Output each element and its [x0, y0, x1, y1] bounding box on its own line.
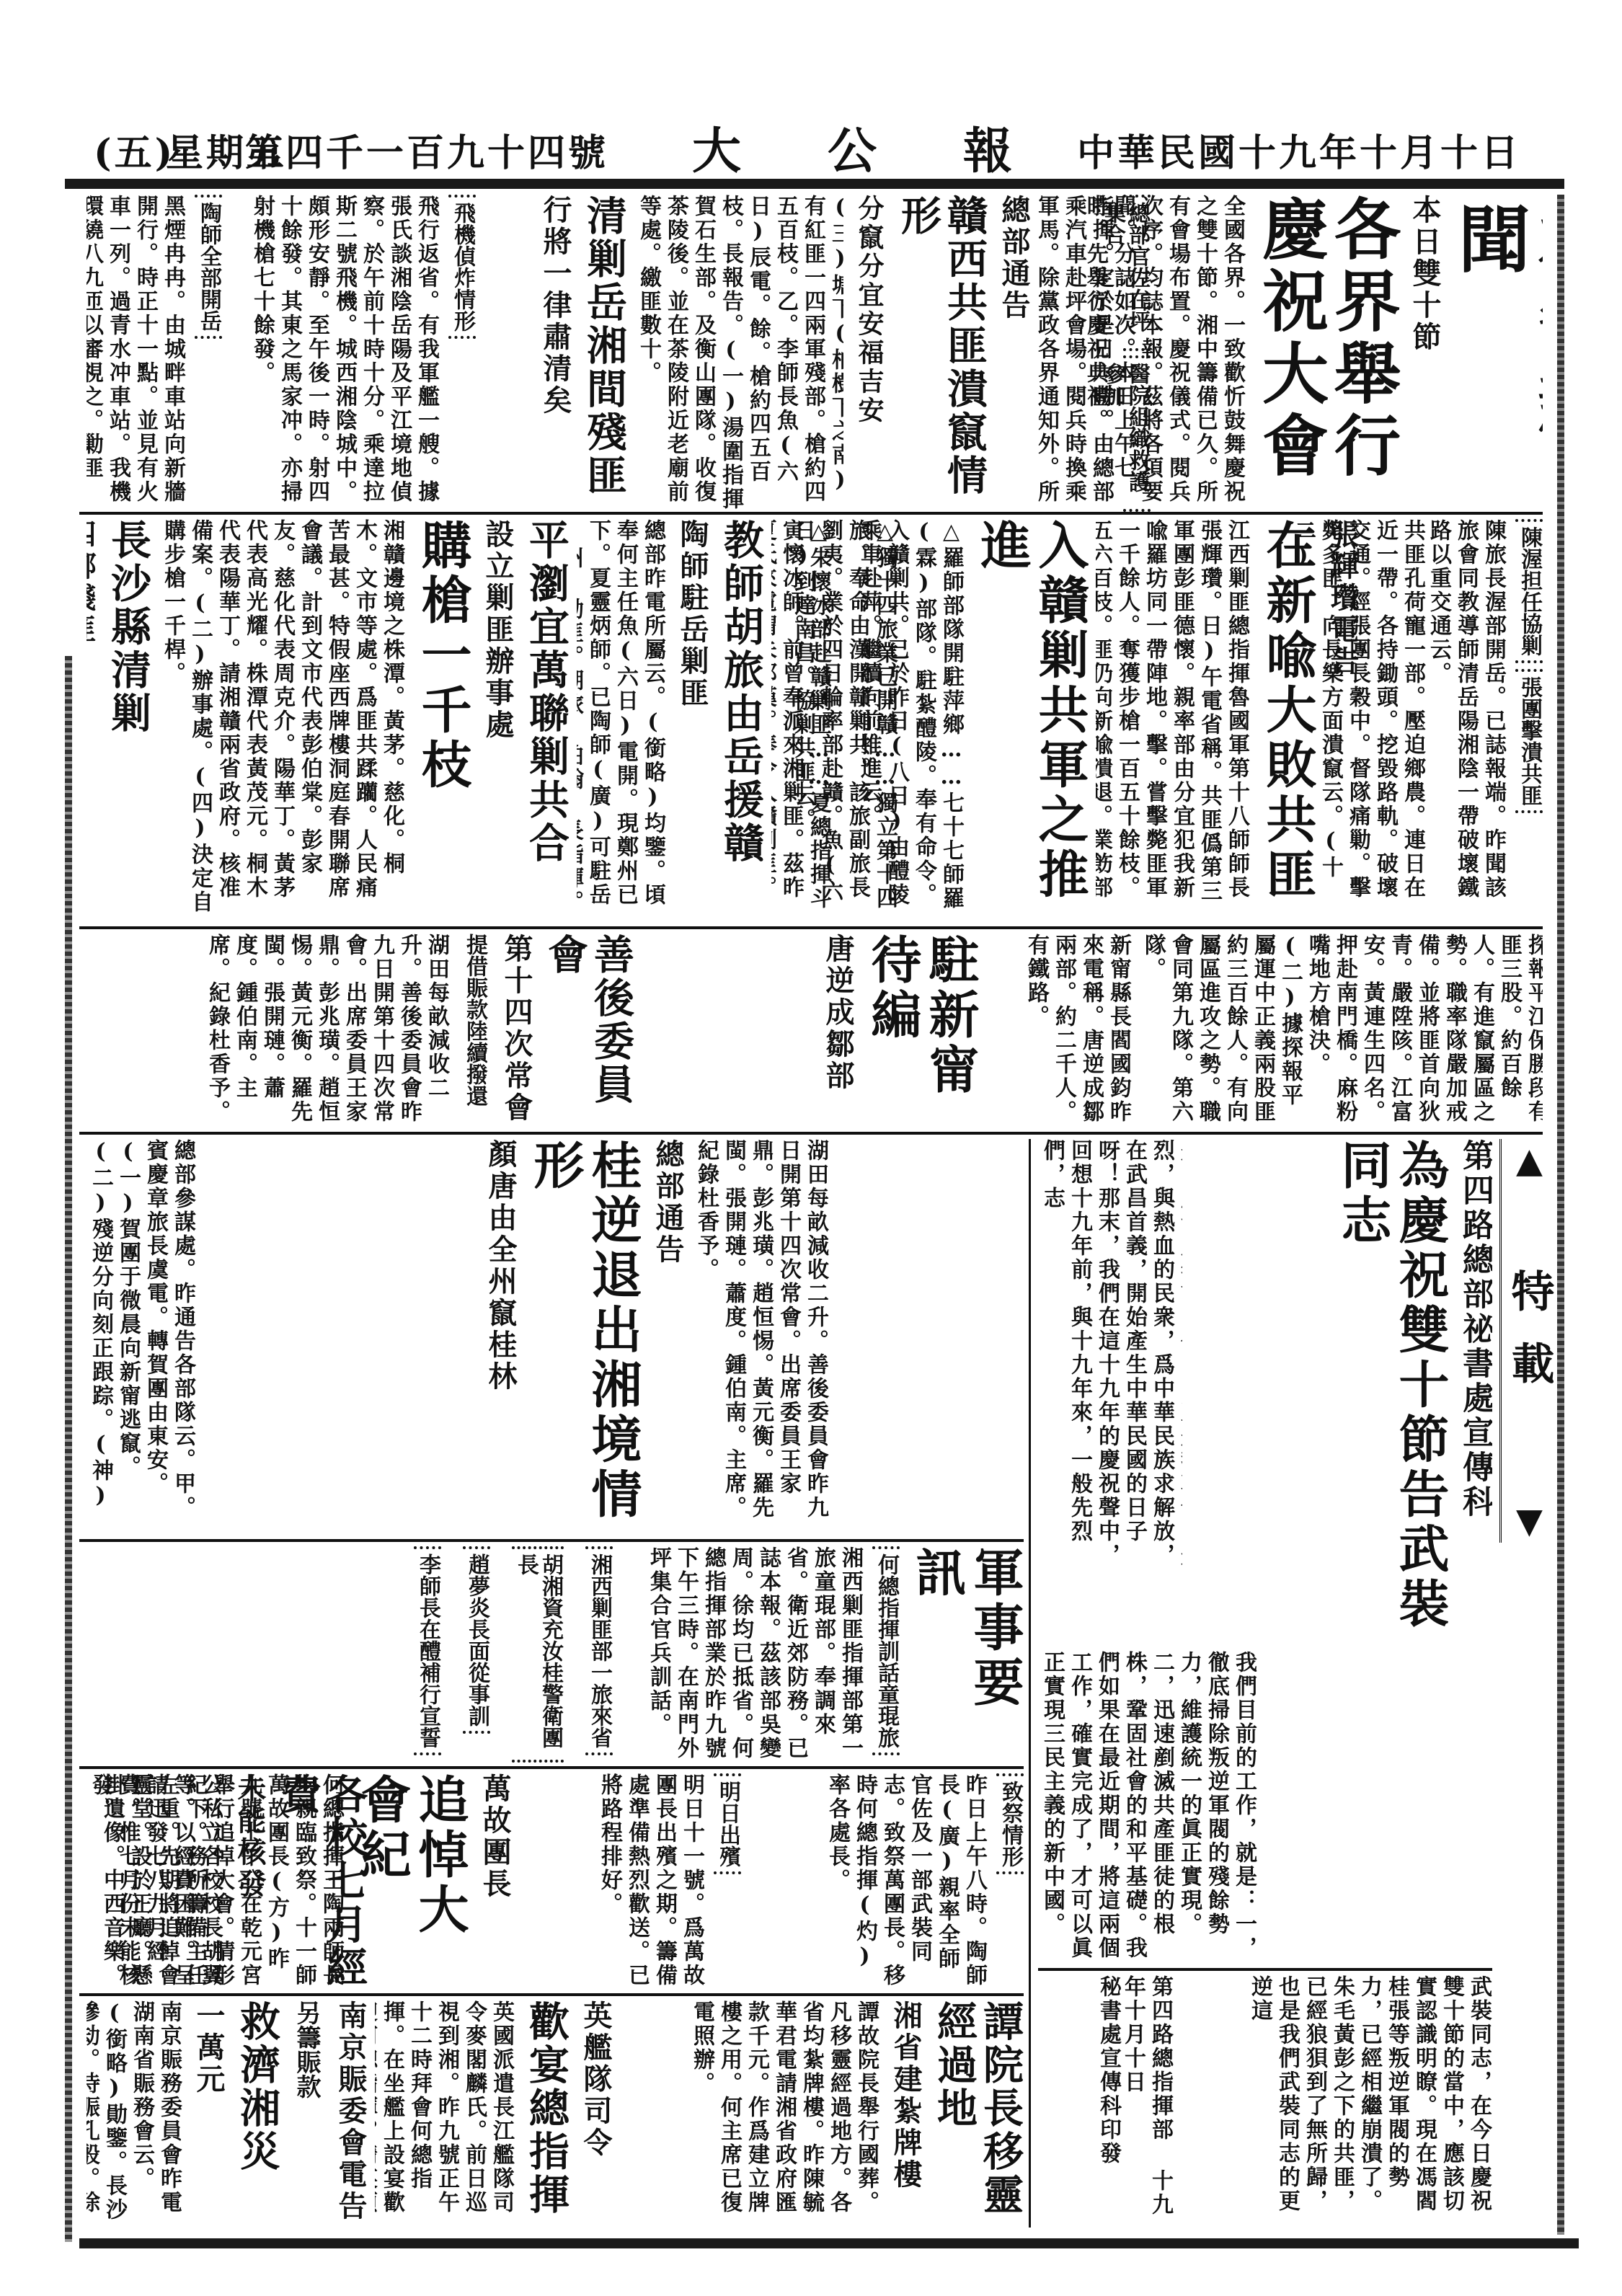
subhead: 湘省建紮牌樓 [888, 2000, 923, 2231]
article-body: 湖田每畝減收二升。善後委員會昨九日開第十四次常會。出席委員王家鼎。彭兆璜。趙恒惕… [692, 1139, 829, 1535]
article-feature: 第四路總部祕書處宣傳科 為慶祝雙十節告武裝同志 [1189, 1139, 1492, 1644]
subhead: 分竄分宜安福吉安 [852, 195, 887, 512]
article-military-boxes: 湘西剿匪部一旅來省 胡湘資充汝桂警衛團長 趙夢炎長面從事訓 李師長在醴補行宣誓 [87, 1546, 613, 1763]
article-ganxi-body: 總部參謀處。昨發出通報云。甲。李師長轉萍鄉士人云。紅匪大部。田橋偵探報告。(一)… [634, 195, 843, 512]
article-guangxi: 總部通告 桂逆退出湘境情形 顏唐由全州竄桂林 [469, 1139, 685, 1535]
masthead-issue: 第四千一百九十四號 [245, 123, 608, 177]
headline: 清剿岳湘間殘匪 [581, 195, 627, 512]
article-liuyang: 平瀏宜萬聯剿共合 設立剿匪辦事處 購槍一千枝 湘贛邊境之株潭。黃茅。慈化。桐木。… [87, 519, 570, 923]
article-body: 總部昨電所屬云。(銜略)均鑒。頃奉何主任魚(六日)電開。現鄭州已下。夏靈炳師。已… [601, 519, 666, 923]
article-body: 湘西剿匪指揮部第一旅童琨部。奉調來省。衛近郊防務。已誌本報。茲該部吳變周。徐均已… [662, 1546, 864, 1763]
triangle-up-icon: ▲ [1516, 1139, 1543, 1182]
headline: 平瀏宜萬聯剿共合 [523, 519, 570, 923]
triangle-down-icon: ▼ [1516, 1499, 1543, 1543]
headline: 長沙縣清剿 [105, 519, 151, 923]
subhead: 四鄉殘匪 [87, 519, 97, 923]
column-divider [1029, 1139, 1031, 2228]
headline: 善後委員會 [542, 934, 634, 1128]
subhead-box: 飛機偵炸情形 [448, 195, 476, 339]
article-zhang: 陳渥担任協剿 張團擊潰共匪 陳旅長渥部開岳。已誌報端。昨聞該旅會同教導師清岳陽湘… [1096, 519, 1543, 923]
headline: 軍事要訊 [908, 1546, 1024, 1763]
article-body: 長沙縣長王政詩。呈報總部云。連日據屬縣清太郷義勇隊區隊長梁振球報告清剿情況。彙呈… [1139, 934, 1543, 1128]
article-body: 譚故院長舉行國葬。凡移靈經過地方。各省均紮牌樓。昨陳毓華君電請湘省政府匯款千元。… [649, 2000, 879, 2231]
article-relief: 南京賑委會電告 另籌賑款 救濟湘災 一萬元 南京賑務委員會昨電湖南省賑務會云。(… [87, 2000, 368, 2231]
headline: 各界舉行慶祝大會 [1254, 195, 1399, 512]
list-item: △羅師部隊開駐萍鄉……七十七師羅(霖)部隊。駐紮醴陵。奉有命令。入贛剿共。已於昨… [907, 519, 965, 923]
headline: 追悼大會紀 [353, 1773, 469, 1990]
masthead-date: 中華民國十九年十月十日 [1077, 123, 1521, 177]
article-body: 飛行返省。有我軍艦一艘。據張氏談湘陰岳陽及平江境地偵察。於午前十時十分。乘達拉斯… [231, 195, 440, 512]
row-divider [79, 1539, 1024, 1542]
article-aircraft: 飛機偵炸情形 飛行返省。有我軍艦一艘。據張氏談湘陰岳陽及平江境地偵察。於午前十時… [87, 195, 476, 512]
article-body: 共匪孔荷寵一部。壓迫鄉農。連日在近一帶。各持鋤頭。挖毀路軌。破壞交通。經張團長穀… [1368, 519, 1426, 923]
feature-footer: 秘書處宣傳科印發 [1093, 1975, 1122, 2235]
article-hushi: 教師胡旅由岳援贛 陶師駐岳剿匪 總部昨電所屬云。(銜略)均鑒。頃奉何主任魚(六日… [577, 519, 764, 923]
article-body: 黑煙冉冉。由城畔車站向新牆開行。時正十一點。並見有火車一列。過青水冲車站。我機環… [92, 195, 186, 512]
article-body: 湘贛邊境之株潭。黃茅。慈化。桐木。文市等處。爲匪共蹂躪。人民痛苦最甚。特假座西牌… [160, 519, 405, 923]
headline: 教師胡旅由岳援贛 [718, 519, 764, 923]
article-schools: 各校七月經費 未能核發 公私立各校校長胡翼等。以經費困難。呈請迅發七八九月經費。… [87, 1773, 368, 1990]
article-body: 總部參謀處。昨通告各部隊云。甲。賓慶章旅長虞電。轉賀團由東安。(一)賀團于微晨向… [87, 1139, 196, 1535]
article-celebration: 本日雙十節 各界舉行慶祝大會 全國各界。一致歡忻鼓舞慶祝之雙十節。湘中籌備已久。… [1038, 195, 1442, 512]
article-shanhou: 善後委員會 第十四次常會 提借賑款陸續撥還 湖田每畝減收二升。善後委員會昨九日開… [87, 934, 634, 1128]
article-body: 英國派遣長江艦隊司令麥閣麟氏。前日巡視到湘。昨九號正午十二時拜會何總指揮。在坐艦… [399, 2000, 515, 2231]
subhead: 另籌賑款 [289, 2000, 324, 2231]
article-body: 新甯縣長閻國鈞昨來電稱。唐逆成鄒兩部。約二千人。有鐵路。 [988, 934, 1132, 1128]
feature-divider [1038, 1968, 1492, 1971]
subhead: 未能核發 [232, 1773, 267, 1990]
feature-signature: 第四路總指揮部 十九年十月十日 [1130, 1975, 1174, 2235]
article-guangxi-body: 總部參謀處。昨通告各部隊云。甲。賓慶章旅長虞電。轉賀團由東安。(一)賀團于微晨向… [87, 1139, 461, 1535]
article-body: 全國各界。一致歡忻鼓舞慶祝之雙十節。湘中籌備已久。所有會場布置。慶祝儀式。閱兵次… [1159, 195, 1246, 512]
subhead-box: 明日出殯 [714, 1773, 741, 1874]
masthead: 中華民國十九年十月十日 大公報 第四千一百九十四號 星期五 (五) [65, 108, 1564, 187]
row-divider [79, 1766, 1024, 1769]
subhead: 陶師駐岳剿匪 [675, 519, 709, 923]
subhead-box: 陳渥担任協剿 [1515, 519, 1543, 663]
article-xinning: 新甯縣長閻國鈞昨來電稱。唐逆成鄒兩部。約二千人。有鐵路。 駐新甯待編 唐逆成鄒部 [642, 934, 1132, 1128]
row-divider [79, 512, 1543, 515]
subhead-box: 何總指揮訓話童琨旅 [872, 1546, 900, 1755]
headline: 各校七月經費 [275, 1773, 368, 1990]
masthead-weekday: 星期五 [166, 123, 287, 177]
headline-kicker: 本日雙十節 [1407, 195, 1442, 353]
headline: 譚院長移靈經過地 [931, 2000, 1024, 2231]
subhead: 購槍一千枝 [414, 519, 471, 923]
headline: 救濟湘災 [234, 2000, 280, 2231]
relief-amount: 一萬元 [191, 2000, 226, 2231]
row-divider [79, 926, 1543, 929]
article-body: 昨日上午八時。陶師長(廣)親率全師官佐及一部武裝同志。致祭萬團長。移時何總指揮(… [750, 1773, 988, 1990]
page-frame-right [1557, 195, 1564, 2235]
article-body: 公私立各校校長胡翼等。以經費困難。呈請迅發七八九月經費。惟七月份未能核發。 [87, 1773, 223, 1990]
subhead: 設立剿匪辦事處 [480, 519, 515, 923]
subhead: 提借賑款陸續撥還 [458, 934, 490, 1128]
section-header: 本省新聞 [1449, 202, 1543, 490]
headline: 贛西共匪潰竄情形 [895, 195, 988, 512]
article-body: 我們目前的工作，就是：一，徹底掃除叛逆軍閥的殘餘勢力，維護統一的眞正實現。二，迅… [1038, 1651, 1257, 1961]
masthead-title: 大公報 [692, 112, 1099, 182]
footer-rule [79, 2238, 1579, 2248]
subhead: 唐逆成鄒部 [820, 934, 855, 1128]
article-banquet: 英艦隊司令 歡宴總指揮 英國派遣長江艦隊司令麥閣麟氏。前日巡視到湘。昨九號正午十… [375, 2000, 613, 2231]
feature-label-text: 特載 [1504, 1182, 1555, 1499]
subhead-box: 胡湘資充汝桂警衛團長 [512, 1546, 564, 1763]
article-body: 江西剿匪總指揮魯國軍第十八師師長張輝瓚。日)午電省稱。共匪僞第三軍團彭匪德懷。親… [1120, 519, 1250, 923]
subhead-box: 張團擊潰共匪 [1515, 669, 1543, 813]
headline: 歡宴總指揮 [523, 2000, 570, 2231]
article-meeting-notes: 湖田每畝減收二升。善後委員會昨九日開第十四次常會。出席委員王家鼎。彭兆璜。趙恒惕… [692, 1139, 1024, 1535]
feature-body-1: 革命的武裝同志們！今天是民國十九年的十月十日，就是我國的國慶日，又名雙十節。我們… [1038, 1139, 1182, 1572]
headline: 入贛剿共軍之推進 [973, 519, 1089, 923]
headline-kicker: 南京賑委會電告 [333, 2000, 368, 2231]
article-military: 軍事要訊 何總指揮訓話童琨旅 湘西剿匪指揮部第一旅童琨部。奉調來省。衛近郊防務。… [620, 1546, 1024, 1763]
feature-label: ▲ 特載 ▼ [1499, 1139, 1557, 1543]
subhead: 行將一律肅清矣 [538, 195, 572, 512]
article-body: 南京賑務委員會昨電湖南省賑務會云。(銜略)勛鑒。長沙慘劫。待賑孔殷。除已指定賑款… [87, 2000, 182, 2231]
headline: 在新喩大敗共匪 [1259, 519, 1316, 923]
masthead-page: (五) [94, 123, 175, 177]
feature-body-3: 武裝同志，在今日慶祝雙十節的當中，應該切實認識明瞭。現在馮閻桂張等叛逆軍閥的勢力… [1038, 1975, 1492, 2235]
article-yuexiang: 清剿岳湘間殘匪 行將一律肅清矣 [483, 195, 627, 512]
subhead-box: 李師長在醴補行宣誓 [414, 1546, 441, 1755]
article-funeral: 致祭情形 昨日上午八時。陶師長(廣)親率全師官佐及一部武裝同志。致祭萬團長。移時… [519, 1773, 1024, 1990]
headline: 桂逆退出湘境情形 [526, 1139, 642, 1535]
article-body: 湖田每畝減收二升。善後委員會昨九日開第十四次常會。出席委員王家鼎。彭兆璜。趙恒惕… [161, 934, 450, 1128]
article-jiangxi: 入贛剿共軍之推進 △羅師部隊開駐萍鄉……七十七師羅(霖)部隊。駐紮醴陵。奉有命令… [771, 519, 1089, 923]
article-body: 武裝同志，在今日慶祝雙十節的當中，應該切實認識明瞭。現在馮閻桂張等叛逆軍閥的勢力… [1182, 1975, 1492, 2235]
row-divider [79, 1132, 1543, 1135]
subhead-box: 陶師全部開岳 [195, 195, 222, 339]
feature-org: 第四路總部祕書處宣傳科 [1458, 1139, 1492, 1644]
article-body: 陳旅長渥部開岳。已誌報端。昨聞該旅會同教導師清岳陽湘陰一帶破壞鐵路以重交通云。 [1435, 519, 1507, 923]
article-ganxi: 總部通告 贛西共匪潰竄情形 分竄分宜安福吉安 [851, 195, 1031, 512]
feature-headline: 為慶祝雙十節告武裝同志 [1334, 1139, 1449, 1644]
subhead-box: 趙夢炎長面從事訓 [463, 1546, 490, 1734]
subhead: 英艦隊司令 [578, 2000, 613, 2231]
feature-body-2: 我們目前的工作，就是：一，徹底掃除叛逆軍閥的殘餘勢力，維護統一的眞正實現。二，迅… [1038, 1651, 1492, 1961]
newspaper-page: 中華民國十九年十月十日 大公報 第四千一百九十四號 星期五 (五) 本省新聞 本… [65, 108, 1586, 2264]
article-body: 明日十一號。爲萬故團長出殯之期。籌備處準備熱烈歡送。已將路程排好。 [561, 1773, 705, 1990]
headline-kicker: 總部通告 [996, 195, 1031, 512]
article-body: 總部參謀處。昨發出通報云。甲。李師長轉萍鄉士人云。紅匪大部。田橋偵探報告。(一)… [634, 195, 843, 512]
page-frame-left [65, 656, 72, 2242]
headline: 駐新甯待編 [864, 934, 979, 1128]
section-title: 本省新聞 [1449, 202, 1543, 490]
row-divider [79, 1993, 1024, 1996]
article-changsha-body: 長沙縣長王政詩。呈報總部云。連日據屬縣清太郷義勇隊區隊長梁振球報告清剿情況。彙呈… [1139, 934, 1543, 1128]
subhead-box: 湘西剿匪部一旅來省 [585, 1546, 613, 1755]
subhead-box: 致祭情形 [996, 1773, 1024, 1874]
article-body: 革命的武裝同志們！今天是民國十九年的十月十日，就是我國的國慶日，又名雙十節。我們… [1038, 1139, 1182, 1572]
subhead: 顏唐由全州竄桂林 [483, 1139, 518, 1535]
headline-kicker: 萬故團長 [477, 1773, 512, 1990]
masthead-rule [65, 179, 1564, 189]
subhead: 第十四次常會 [499, 934, 533, 1128]
article-tan: 譚院長移靈經過地 湘省建紮牌樓 譚故院長舉行國葬。凡移靈經過地方。各省均紮牌樓。… [620, 2000, 1024, 2231]
headline-kicker: 總部通告 [650, 1139, 685, 1535]
